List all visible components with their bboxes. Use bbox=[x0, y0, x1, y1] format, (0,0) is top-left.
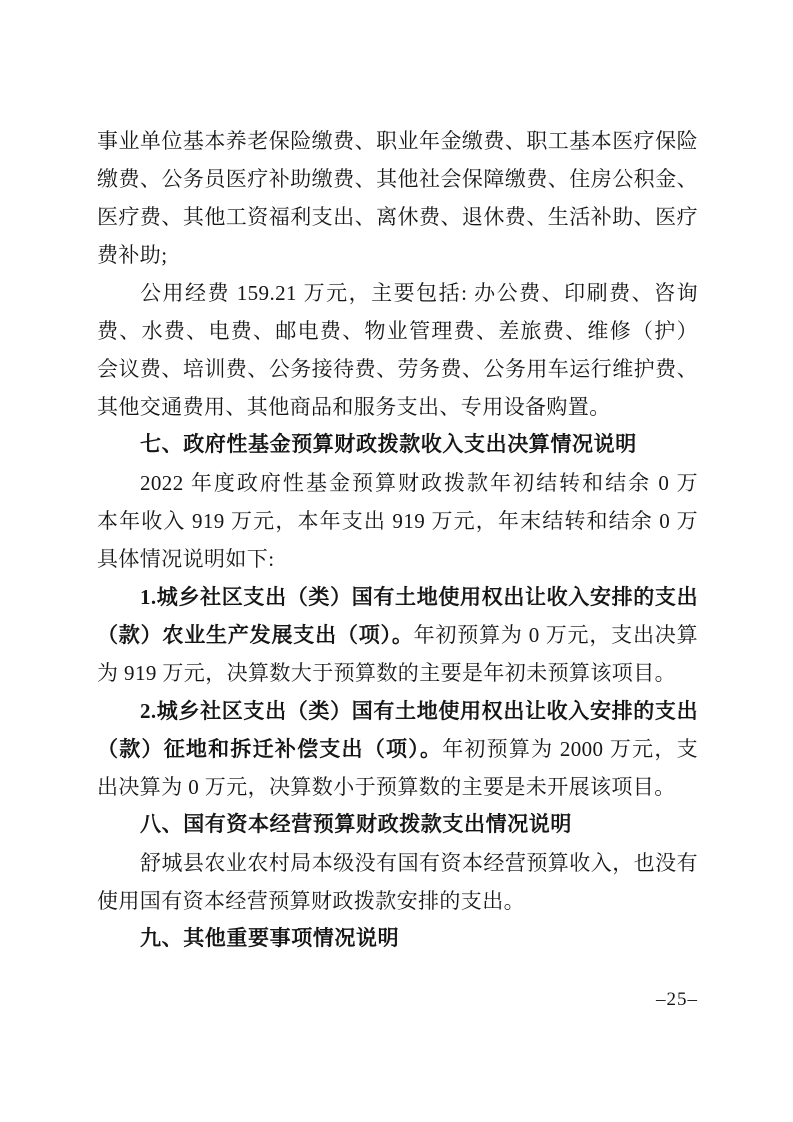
text-line: 2022 年度政府性基金预算财政拨款年初结转和结余 0 万元， bbox=[97, 464, 698, 502]
text-segment: 舒城县农业农村局本级没有国有资本经营预算收入，也没有 bbox=[140, 851, 698, 875]
text-line: 为 919 万元，决算数大于预算数的主要是年初未预算该项目。 bbox=[97, 654, 698, 692]
text-segment: 缴费、公务员医疗补助缴费、其他社会保障缴费、住房公积金、 bbox=[97, 167, 698, 191]
text-segment: 其他交通费用、其他商品和服务支出、专用设备购置。 bbox=[97, 395, 611, 419]
text-line: 出决算为 0 万元，决算数小于预算数的主要是未开展该项目。 bbox=[97, 768, 698, 806]
text-line: 缴费、公务员医疗补助缴费、其他社会保障缴费、住房公积金、 bbox=[97, 160, 698, 198]
text-line: 1.城乡社区支出（类）国有土地使用权出让收入安排的支出 bbox=[97, 578, 698, 616]
text-line: 舒城县农业农村局本级没有国有资本经营预算收入，也没有 bbox=[97, 844, 698, 882]
bold-text-segment: 2.城乡社区支出（类）国有土地使用权出让收入安排的支出 bbox=[140, 699, 698, 723]
text-line: 具体情况说明如下: bbox=[97, 540, 698, 578]
text-segment: 年初预算为 0 万元，支出决算 bbox=[414, 623, 698, 647]
section-heading: 七、政府性基金预算财政拨款收入支出决算情况说明 bbox=[97, 426, 698, 464]
bold-text-segment: 1.城乡社区支出（类）国有土地使用权出让收入安排的支出 bbox=[140, 585, 698, 609]
section-heading: 九、其他重要事项情况说明 bbox=[97, 920, 698, 958]
document-page: 事业单位基本养老保险缴费、职业年金缴费、职工基本医疗保险缴费、公务员医疗补助缴费… bbox=[0, 0, 793, 1122]
document-content: 事业单位基本养老保险缴费、职业年金缴费、职工基本医疗保险缴费、公务员医疗补助缴费… bbox=[97, 122, 698, 958]
text-line: （款）征地和拆迁补偿支出（项）。年初预算为 2000 万元，支 bbox=[97, 730, 698, 768]
text-segment: 为 919 万元，决算数大于预算数的主要是年初未预算该项目。 bbox=[97, 661, 676, 685]
text-segment: 使用国有资本经营预算财政拨款安排的支出。 bbox=[97, 889, 525, 913]
text-segment: 具体情况说明如下: bbox=[97, 547, 274, 571]
text-line: 事业单位基本养老保险缴费、职业年金缴费、职工基本医疗保险 bbox=[97, 122, 698, 160]
text-segment: 公用经费 159.21 万元，主要包括: 办公费、印刷费、咨询 bbox=[140, 281, 698, 305]
text-segment: 费补助; bbox=[97, 243, 167, 267]
text-segment: 出决算为 0 万元，决算数小于预算数的主要是未开展该项目。 bbox=[97, 775, 676, 799]
section-heading: 八、国有资本经营预算财政拨款支出情况说明 bbox=[97, 806, 698, 844]
text-segment: 医疗费、其他工资福利支出、离休费、退休费、生活补助、医疗 bbox=[97, 205, 698, 229]
text-segment: 2022 年度政府性基金预算财政拨款年初结转和结余 0 万元， bbox=[97, 471, 698, 502]
text-line: 2.城乡社区支出（类）国有土地使用权出让收入安排的支出 bbox=[97, 692, 698, 730]
text-line: 医疗费、其他工资福利支出、离休费、退休费、生活补助、医疗 bbox=[97, 198, 698, 236]
text-line: 使用国有资本经营预算财政拨款安排的支出。 bbox=[97, 882, 698, 920]
text-segment: 会议费、培训费、公务接待费、劳务费、公务用车运行维护费、 bbox=[97, 357, 698, 381]
text-line: 本年收入 919 万元，本年支出 919 万元，年末结转和结余 0 万元。 bbox=[97, 502, 698, 540]
text-line: 费补助; bbox=[97, 236, 698, 274]
text-line: 费、水费、电费、邮电费、物业管理费、差旅费、维修（护）费、 bbox=[97, 312, 698, 350]
text-segment: 年初预算为 2000 万元，支 bbox=[442, 737, 698, 761]
page-number: –25– bbox=[0, 988, 698, 1012]
text-line: 其他交通费用、其他商品和服务支出、专用设备购置。 bbox=[97, 388, 698, 426]
text-line: 会议费、培训费、公务接待费、劳务费、公务用车运行维护费、 bbox=[97, 350, 698, 388]
text-line: （款）农业生产发展支出（项）。年初预算为 0 万元，支出决算 bbox=[97, 616, 698, 654]
text-segment: 事业单位基本养老保险缴费、职业年金缴费、职工基本医疗保险 bbox=[97, 129, 698, 153]
text-line: 公用经费 159.21 万元，主要包括: 办公费、印刷费、咨询 bbox=[97, 274, 698, 312]
text-segment: 本年收入 919 万元，本年支出 919 万元，年末结转和结余 0 万元。 bbox=[97, 509, 698, 540]
bold-text-segment: （款）征地和拆迁补偿支出（项）。 bbox=[97, 737, 442, 761]
text-segment: 费、水费、电费、邮电费、物业管理费、差旅费、维修（护）费、 bbox=[97, 319, 698, 350]
bold-text-segment: （款）农业生产发展支出（项）。 bbox=[97, 623, 414, 647]
